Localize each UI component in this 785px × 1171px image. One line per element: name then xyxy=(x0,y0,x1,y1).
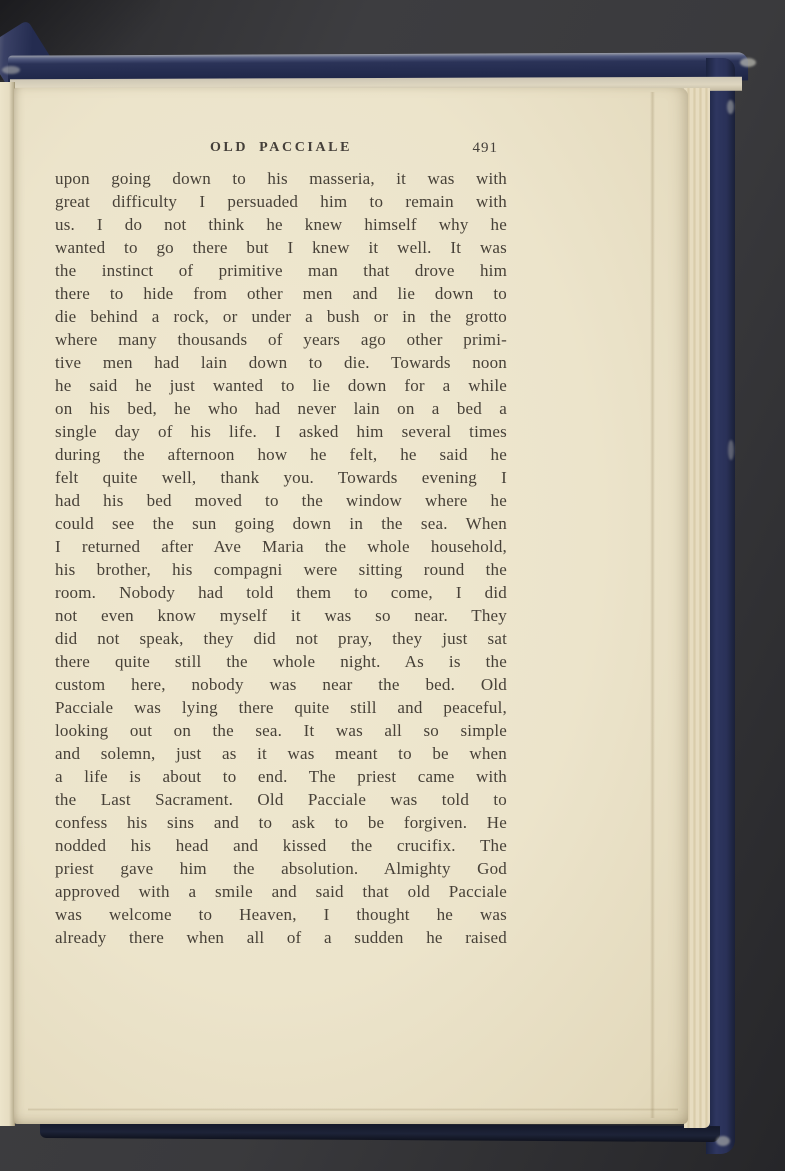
cover-wear-mark xyxy=(727,100,734,114)
text-line: priest gave him the absolution. Almighty… xyxy=(55,857,507,880)
text-line: there to hide from other men and lie dow… xyxy=(55,282,507,305)
text-line: custom here, nobody was near the bed. Ol… xyxy=(55,673,507,696)
text-line: a life is about to end. The priest came … xyxy=(55,765,507,788)
text-line: did not speak, they did not pray, they j… xyxy=(55,627,507,650)
text-line: had his bed moved to the window where he xyxy=(55,489,507,512)
body-text: upon going down to his masseria, it was … xyxy=(55,167,507,949)
text-line: where many thousands of years ago other … xyxy=(55,328,507,351)
photo-background: OLD PACCIALE 491 upon going down to his … xyxy=(0,0,785,1171)
page-crease-horizontal xyxy=(28,1108,678,1111)
page-number: 491 xyxy=(473,140,499,157)
text-line: the Last Sacrament. Old Pacciale was tol… xyxy=(55,788,507,811)
text-line: he said he just wanted to lie down for a… xyxy=(55,374,507,397)
text-line: not even know myself it was so near. The… xyxy=(55,604,507,627)
text-line: was welcome to Heaven, I thought he was xyxy=(55,903,507,926)
page-crease-vertical xyxy=(650,92,655,1118)
text-line: great difficulty I persuaded him to rema… xyxy=(55,190,507,213)
running-head: OLD PACCIALE 491 xyxy=(55,140,507,158)
cover-wear-mark xyxy=(716,1136,730,1146)
text-line: felt quite well, thank you. Towards even… xyxy=(55,466,507,489)
text-line: there quite still the whole night. As is… xyxy=(55,650,507,673)
text-line: single day of his life. I asked him seve… xyxy=(55,420,507,443)
text-line: I returned after Ave Maria the whole hou… xyxy=(55,535,507,558)
text-line: wanted to go there but I knew it well. I… xyxy=(55,236,507,259)
text-line: his brother, his compagni were sitting r… xyxy=(55,558,507,581)
page-block-left-edge xyxy=(0,82,15,1126)
text-line: nodded his head and kissed the crucifix.… xyxy=(55,834,507,857)
cover-wear-mark xyxy=(728,440,734,460)
text-line: already there when all of a sudden he ra… xyxy=(55,926,507,949)
cover-wear-mark xyxy=(2,66,20,74)
text-line: confess his sins and to ask to be forgiv… xyxy=(55,811,507,834)
text-line: the instinct of primitive man that drove… xyxy=(55,259,507,282)
cover-wear-mark xyxy=(740,58,756,67)
text-line: tive men had lain down to die. Towards n… xyxy=(55,351,507,374)
book-cover-bottom-edge xyxy=(40,1122,720,1142)
running-head-title: OLD PACCIALE xyxy=(55,140,507,156)
text-line: and solemn, just as it was meant to be w… xyxy=(55,742,507,765)
text-line: us. I do not think he knew himself why h… xyxy=(55,213,507,236)
text-line: room. Nobody had told them to come, I di… xyxy=(55,581,507,604)
text-line: approved with a smile and said that old … xyxy=(55,880,507,903)
text-line: could see the sun going down in the sea.… xyxy=(55,512,507,535)
book-page: OLD PACCIALE 491 upon going down to his … xyxy=(14,88,688,1124)
text-line: die behind a rock, or under a bush or in… xyxy=(55,305,507,328)
text-line: looking out on the sea. It was all so si… xyxy=(55,719,507,742)
book-cover-right-edge xyxy=(706,58,735,1154)
text-line: Pacciale was lying there quite still and… xyxy=(55,696,507,719)
text-line: during the afternoon how he felt, he sai… xyxy=(55,443,507,466)
text-line: on his bed, he who had never lain on a b… xyxy=(55,397,507,420)
text-line: upon going down to his masseria, it was … xyxy=(55,167,507,190)
